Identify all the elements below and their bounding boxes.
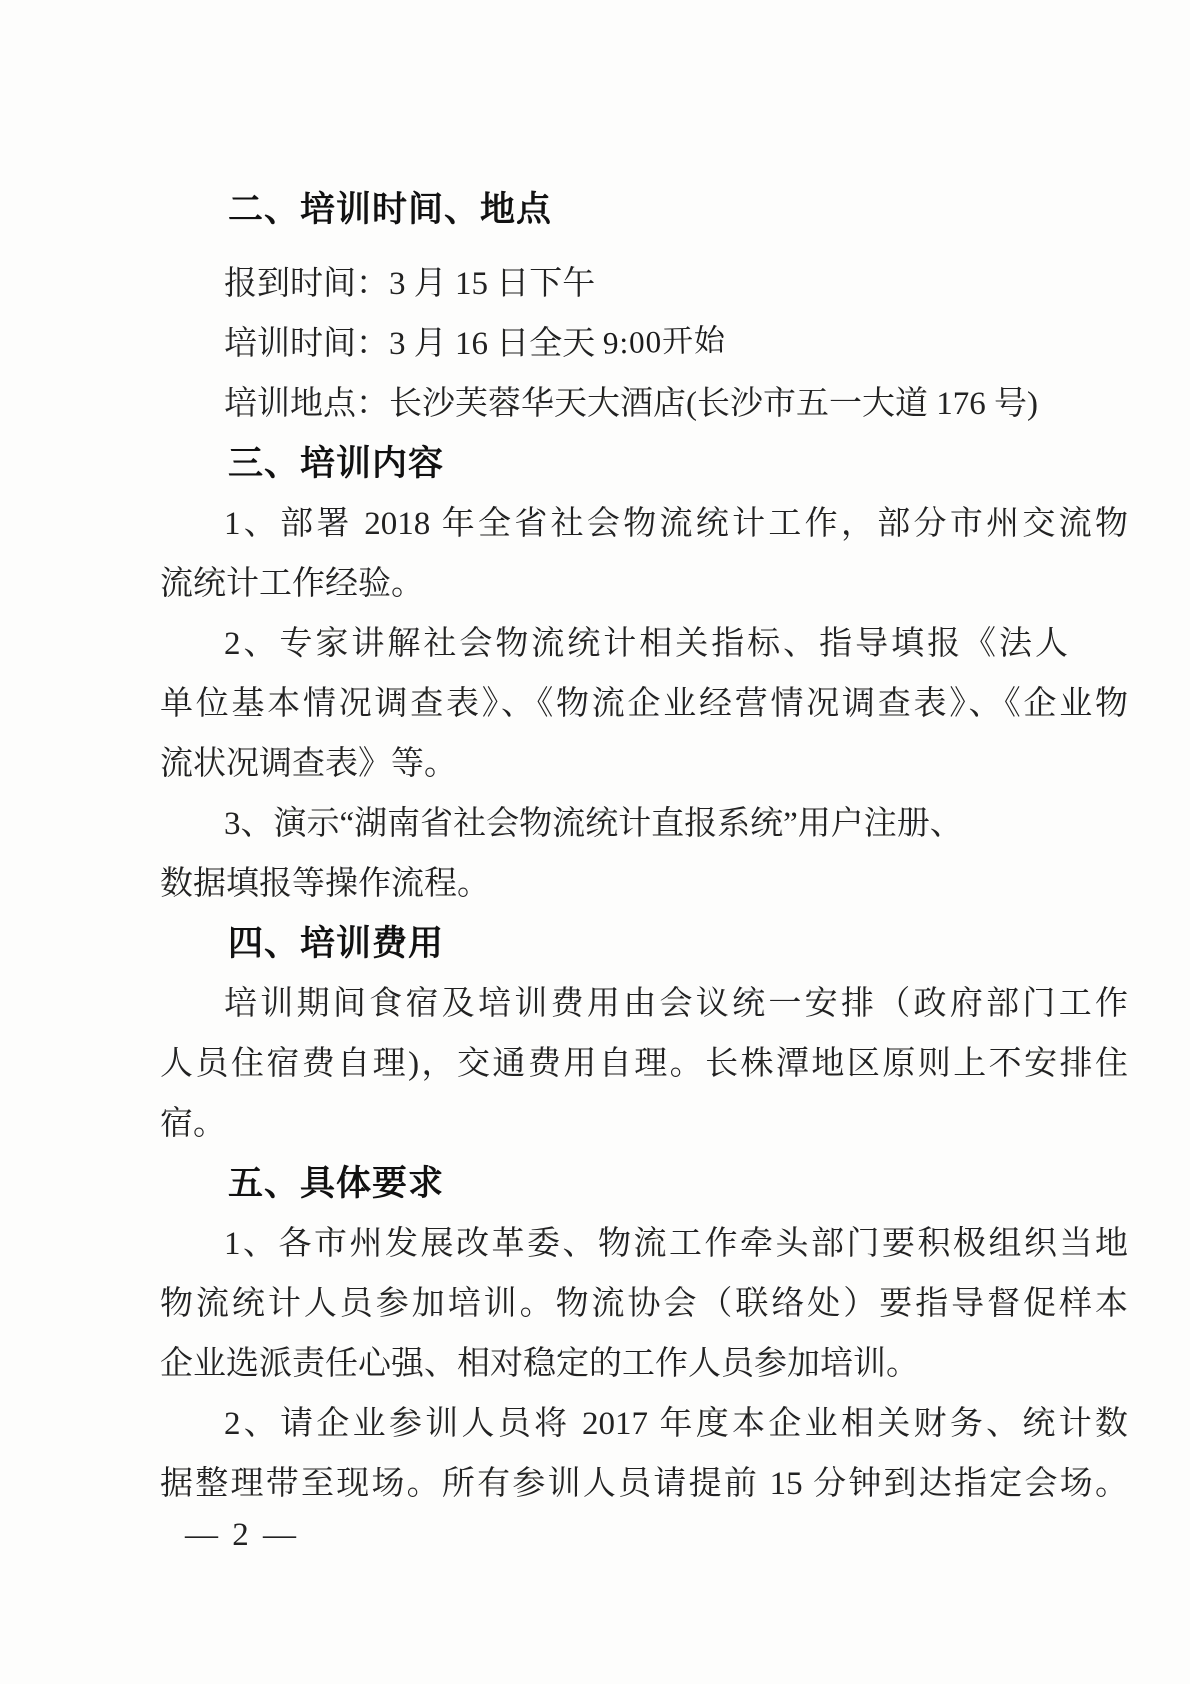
text-line: 物流统计人员参加培训。物流协会（联络处）要指导督促样本 xyxy=(160,1274,1128,1334)
text-line: 数据填报等操作流程。 xyxy=(160,854,1128,914)
document-body: 二、培训时间、地点 报到时间：3 月 15 日下午 培训时间：3 月 16 日全… xyxy=(160,180,1128,1514)
text-line: 3、演示“湖南省社会物流统计直报系统”用户注册、 xyxy=(160,794,1128,854)
page-number: — 2 — xyxy=(185,1505,299,1565)
text-line: 企业选派责任心强、相对稳定的工作人员参加培训。 xyxy=(160,1334,1128,1394)
text-line: 培训期间食宿及培训费用由会议统一安排（政府部门工作 xyxy=(160,974,1128,1034)
text-line: 据整理带至现场。所有参训人员请提前 15 分钟到达指定会场。 xyxy=(160,1454,1128,1514)
text-line: 1、各市州发展改革委、物流工作牵头部门要积极组织当地 xyxy=(160,1214,1128,1274)
section-heading-training-time-venue: 二、培训时间、地点 xyxy=(160,180,1128,240)
scanned-document-page: 二、培训时间、地点 报到时间：3 月 15 日下午 培训时间：3 月 16 日全… xyxy=(0,0,1190,1684)
text-line: 单位基本情况调查表》、《物流企业经营情况调查表》、《企业物 xyxy=(160,674,1128,734)
line-training-time: 培训时间：3 月 16 日全天9:00开始 xyxy=(160,314,1128,374)
handwritten-start-time-note: 9:00开始 xyxy=(602,310,727,373)
text-line: 人员住宿费自理)，交通费用自理。长株潭地区原则上不安排住 xyxy=(160,1034,1128,1094)
text-line: 流统计工作经验。 xyxy=(160,554,1128,614)
section-heading-training-content: 三、培训内容 xyxy=(160,434,1128,494)
section-heading-training-fees: 四、培训费用 xyxy=(160,914,1128,974)
text-line: 2、请企业参训人员将 2017 年度本企业相关财务、统计数 xyxy=(160,1394,1128,1454)
text-line: 1、部署 2018 年全省社会物流统计工作，部分市州交流物 xyxy=(160,494,1128,554)
line-checkin-time: 报到时间：3 月 15 日下午 xyxy=(160,254,1128,314)
section-heading-specific-requirements: 五、具体要求 xyxy=(160,1154,1128,1214)
text-line: 流状况调查表》等。 xyxy=(160,734,1128,794)
text-line: 宿。 xyxy=(160,1094,1128,1154)
text-line: 2、专家讲解社会物流统计相关指标、指导填报《法人 xyxy=(160,614,1128,674)
line-training-venue: 培训地点：长沙芙蓉华天大酒店(长沙市五一大道 176 号) xyxy=(160,374,1128,434)
line-training-time-printed: 培训时间：3 月 16 日全天 xyxy=(224,326,595,362)
